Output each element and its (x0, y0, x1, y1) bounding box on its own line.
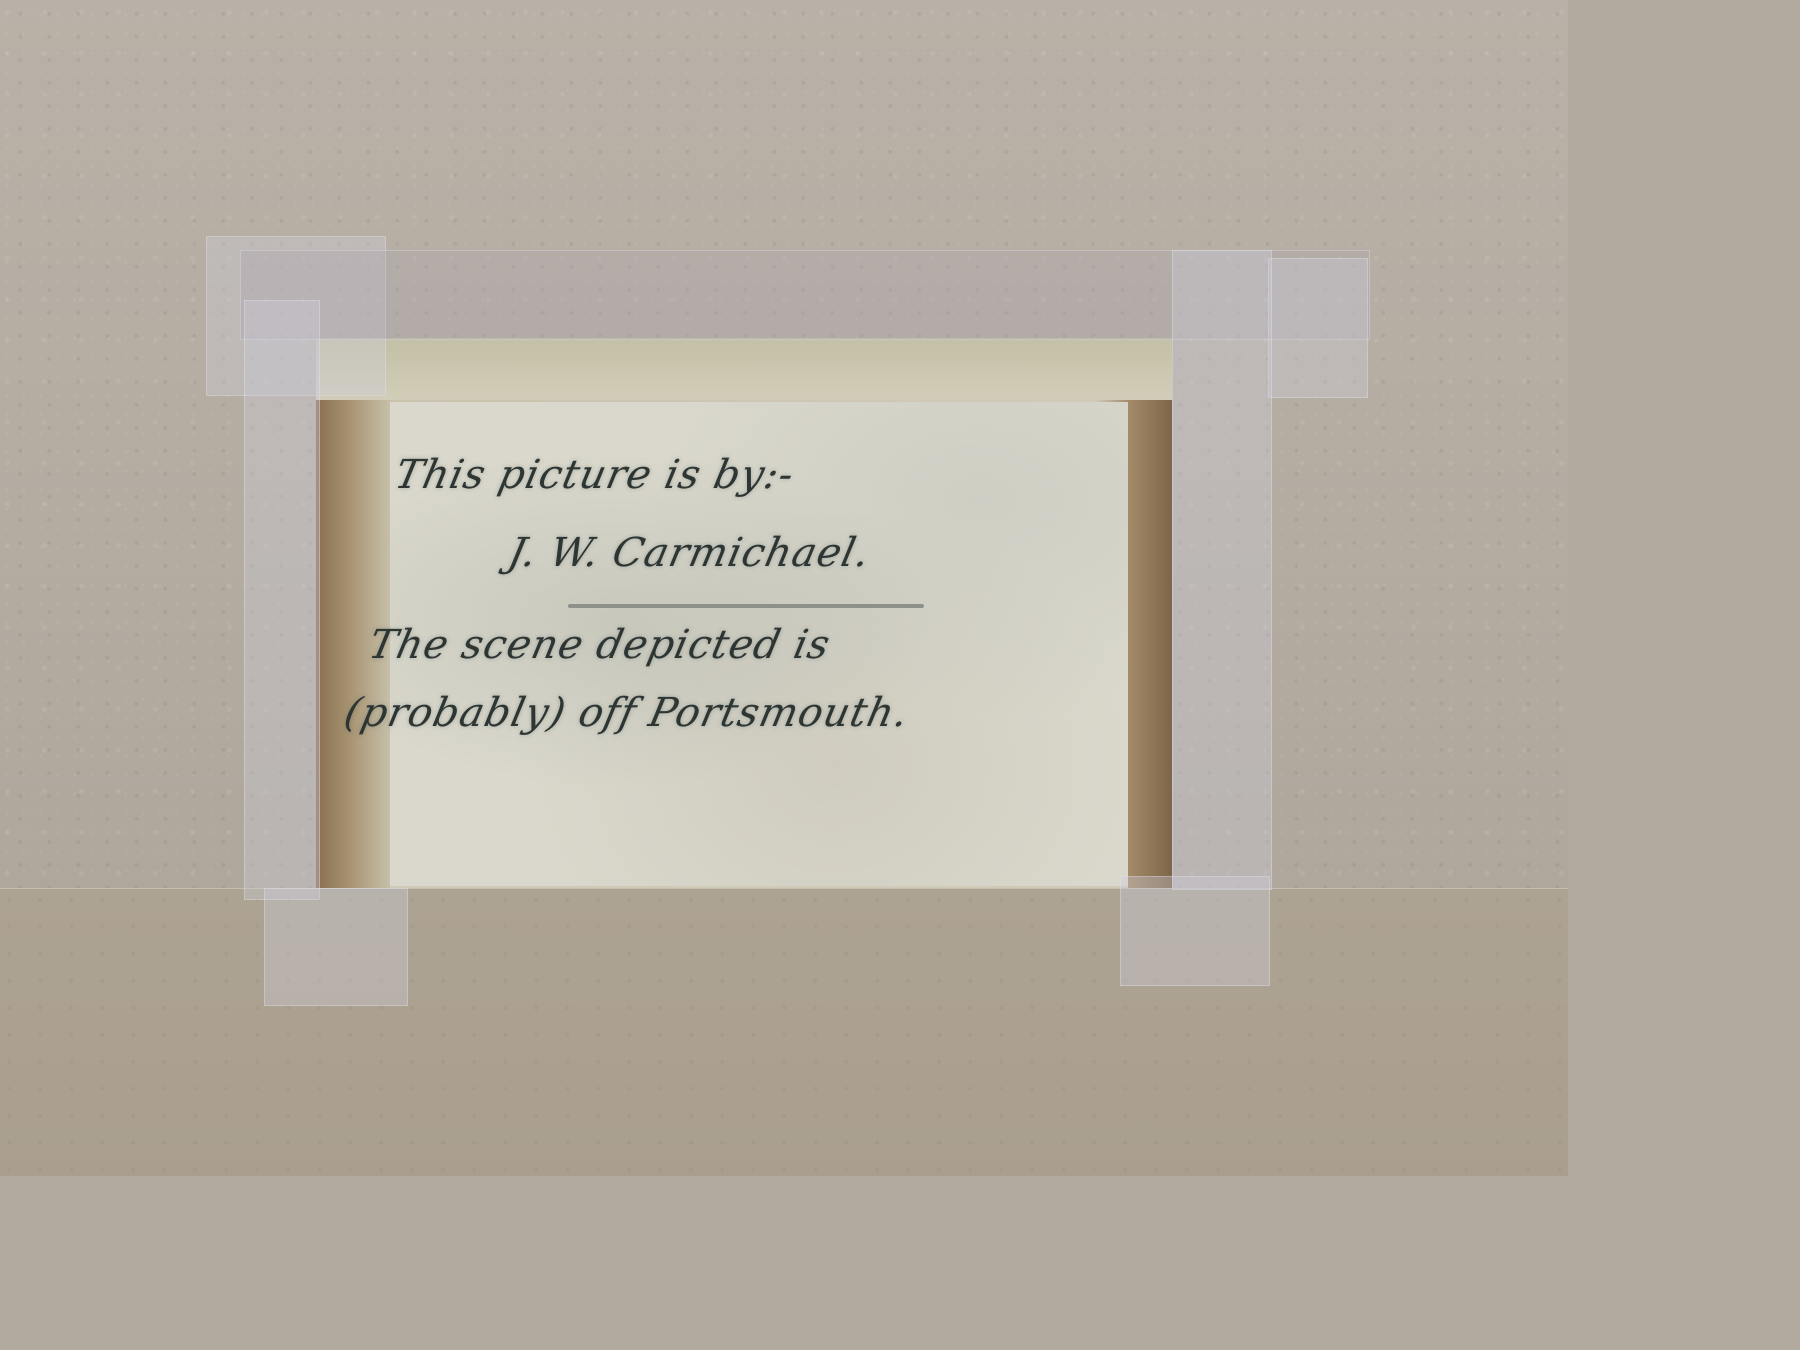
tape-bottom-left (264, 888, 408, 1006)
tape-right (1172, 250, 1272, 890)
artist-name-underline (568, 604, 924, 608)
backing-board-lower (0, 888, 1568, 1176)
tape-top-right (1268, 258, 1368, 398)
label-line-artist: J. W. Carmichael. (505, 533, 874, 573)
label-line-location: (probably) off Portsmouth. (341, 693, 913, 733)
label-line-scene: The scene depicted is (365, 625, 834, 665)
label-line-attribution: This picture is by:- (391, 455, 797, 495)
tape-bottom-right (1120, 876, 1270, 986)
tape-left (244, 300, 320, 900)
